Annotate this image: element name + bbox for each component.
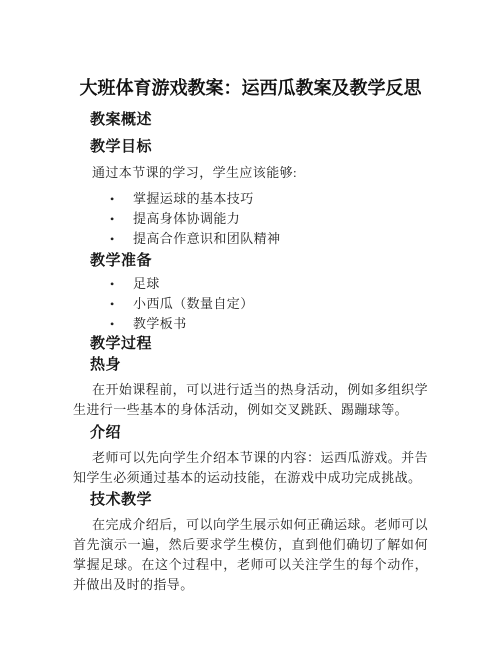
subsection-heading-warmup: 热身 xyxy=(90,357,428,373)
bullet-dot-icon: • xyxy=(110,314,115,334)
technique-paragraph: 在完成介绍后，可以向学生展示如何正确运球。老师可以首先演示一遍，然后要求学生模仿… xyxy=(73,515,428,595)
doc-title: 大班体育游戏教案：运西瓜教案及教学反思 xyxy=(73,77,428,99)
list-item: • 提高身体协调能力 xyxy=(73,209,428,229)
section-heading-objectives: 教学目标 xyxy=(90,139,428,155)
subsection-heading-introduction: 介绍 xyxy=(90,425,428,441)
list-item-label: 足球 xyxy=(133,276,160,291)
warmup-paragraph: 在开始课程前，可以进行适当的热身活动，例如多组织学生进行一些基本的身体活动，例如… xyxy=(73,380,428,420)
section-heading-preparation: 教学准备 xyxy=(90,253,428,269)
document-page: 大班体育游戏教案：运西瓜教案及教学反思 教案概述 教学目标 通过本节课的学习，学… xyxy=(0,0,500,647)
list-item-label: 掌握运球的基本技巧 xyxy=(133,191,254,206)
preparation-list: • 足球 • 小西瓜（数量自定） • 教学板书 xyxy=(73,274,428,334)
list-item: • 小西瓜（数量自定） xyxy=(73,294,428,314)
objectives-intro-paragraph: 通过本节课的学习，学生应该能够: xyxy=(73,163,428,183)
list-item: • 提高合作意识和团队精神 xyxy=(73,229,428,249)
list-item-label: 提高合作意识和团队精神 xyxy=(133,231,280,246)
bullet-dot-icon: • xyxy=(110,229,115,249)
bullet-dot-icon: • xyxy=(110,189,115,209)
list-item-label: 教学板书 xyxy=(133,316,187,331)
bullet-dot-icon: • xyxy=(110,274,115,294)
section-heading-process: 教学过程 xyxy=(90,336,428,352)
list-item: • 足球 xyxy=(73,274,428,294)
introduction-paragraph: 老师可以先向学生介绍本节课的内容：运西瓜游戏。并告知学生必须通过基本的运动技能，… xyxy=(73,448,428,488)
objectives-list: • 掌握运球的基本技巧 • 提高身体协调能力 • 提高合作意识和团队精神 xyxy=(73,189,428,249)
document-body: 大班体育游戏教案：运西瓜教案及教学反思 教案概述 教学目标 通过本节课的学习，学… xyxy=(73,77,428,595)
list-item-label: 小西瓜（数量自定） xyxy=(133,296,254,311)
list-item: • 教学板书 xyxy=(73,314,428,334)
bullet-dot-icon: • xyxy=(110,209,115,229)
list-item-label: 提高身体协调能力 xyxy=(133,211,240,226)
subsection-heading-technique: 技术教学 xyxy=(90,492,428,508)
section-heading-overview: 教案概述 xyxy=(90,112,428,128)
list-item: • 掌握运球的基本技巧 xyxy=(73,189,428,209)
bullet-dot-icon: • xyxy=(110,294,115,314)
